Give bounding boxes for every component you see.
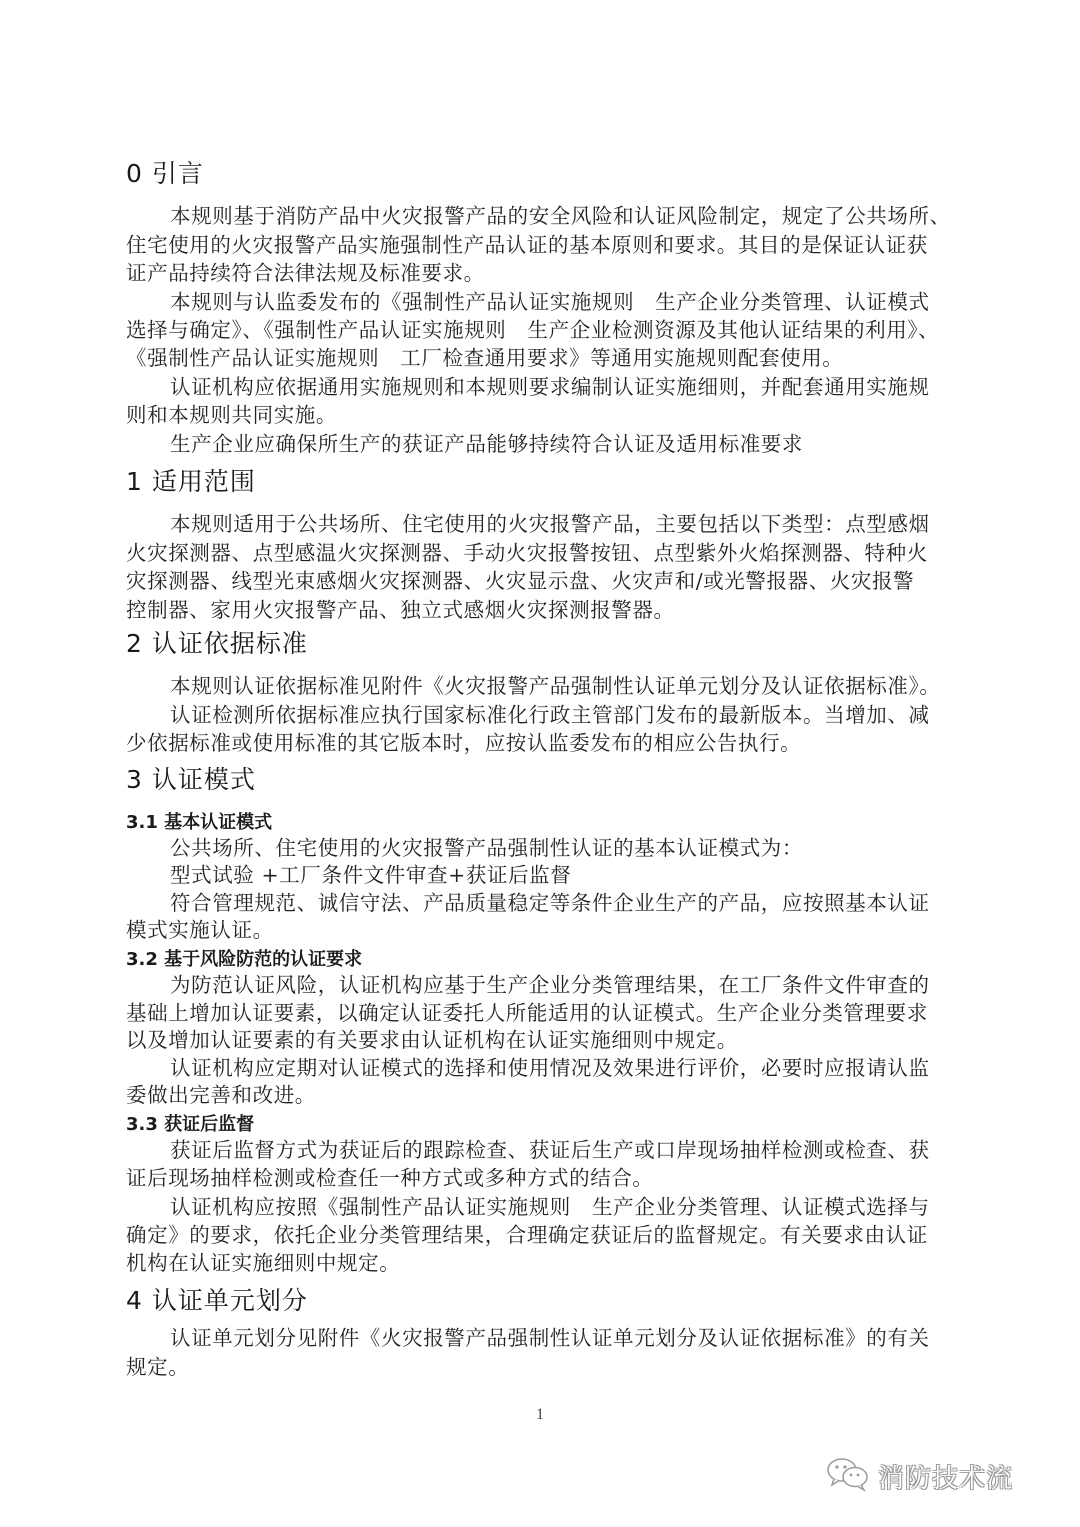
section-heading-4: 4 认证单元划分 (126, 1281, 308, 1317)
paragraph-line: 《强制性产品认证实施规则 工厂检查通用要求》等通用实施规则配套使用。 (126, 344, 843, 372)
paragraph-line: 为防范认证风险，认证机构应基于生产企业分类管理结果，在工厂条件文件审查的 (170, 971, 930, 999)
section-heading-3: 3 认证模式 (126, 760, 256, 796)
paragraph-line: 以及增加认证要素的有关要求由认证机构在认证实施细则中规定。 (126, 1026, 738, 1054)
section-heading-1: 1 适用范围 (126, 462, 256, 498)
paragraph-line: 认证机构应定期对认证模式的选择和使用情况及效果进行评价，必要时应报请认监 (170, 1054, 930, 1082)
section-heading-2: 2 认证依据标准 (126, 624, 308, 660)
paragraph-line: 本规则适用于公共场所、住宅使用的火灾报警产品，主要包括以下类型：点型感烟 (170, 510, 930, 538)
paragraph-line: 本规则与认监委发布的《强制性产品认证实施规则 生产企业分类管理、认证模式 (170, 288, 930, 316)
paragraph-line: 确定》的要求，依托企业分类管理结果，合理确定获证后的监督规定。有关要求由认证 (126, 1221, 928, 1249)
paragraph-line: 证后现场抽样检测或检查任一种方式或多种方式的结合。 (126, 1164, 654, 1192)
page-number: 1 (536, 1406, 544, 1424)
paragraph-line: 控制器、家用火灾报警产品、独立式感烟火灾探测报警器。 (126, 596, 675, 624)
paragraph-line: 规定。 (126, 1353, 189, 1381)
paragraph-line: 获证后监督方式为获证后的跟踪检查、获证后生产或口岸现场抽样检测或检查、获 (170, 1136, 930, 1164)
paragraph-line: 火灾探测器、点型感温火灾探测器、手动火灾报警按钮、点型紫外火焰探测器、特种火 (126, 539, 928, 567)
subsection-heading-3-3: 3.3 获证后监督 (126, 1110, 254, 1136)
paragraph-line: 认证检测所依据标准应执行国家标准化行政主管部门发布的最新版本。当增加、减 (170, 701, 930, 729)
paragraph-line: 住宅使用的火灾报警产品实施强制性产品认证的基本原则和要求。其目的是保证认证获 (126, 231, 928, 259)
paragraph-line: 认证机构应依据通用实施规则和本规则要求编制认证实施细则，并配套通用实施规 (170, 373, 930, 401)
paragraph-line: 基础上增加认证要素，以确定认证委托人所能适用的认证模式。生产企业分类管理要求 (126, 999, 928, 1027)
paragraph-line: 认证单元划分见附件《火灾报警产品强制性认证单元划分及认证依据标准》的有关 (170, 1324, 930, 1352)
section-heading-0: 0 引言 (126, 154, 204, 190)
paragraph-line: 机构在认证实施细则中规定。 (126, 1249, 400, 1277)
paragraph-line: 公共场所、住宅使用的火灾报警产品强制性认证的基本认证模式为： (170, 834, 803, 862)
paragraph-line: 认证机构应按照《强制性产品认证实施规则 生产企业分类管理、认证模式选择与 (170, 1193, 930, 1221)
wechat-icon (826, 1456, 870, 1496)
subsection-heading-3-1: 3.1 基本认证模式 (126, 808, 272, 834)
paragraph-line: 证产品持续符合法律法规及标准要求。 (126, 259, 485, 287)
paragraph-line: 生产企业应确保所生产的获证产品能够持续符合认证及适用标准要求 (170, 430, 803, 458)
paragraph-line: 本规则认证依据标准见附件《火灾报警产品强制性认证单元划分及认证依据标准》。 (170, 672, 940, 700)
paragraph-line: 则和本规则共同实施。 (126, 401, 337, 429)
paragraph-line: 选择与确定》、《强制性产品认证实施规则 生产企业检测资源及其他认证结果的利用》、 (126, 316, 939, 344)
paragraph-line: 模式实施认证。 (126, 916, 274, 944)
subsection-heading-3-2: 3.2 基于风险防范的认证要求 (126, 945, 362, 971)
paragraph-line: 委做出完善和改进。 (126, 1081, 316, 1109)
watermark-text: 消防技术流 (878, 1458, 1013, 1495)
paragraph-line: 符合管理规范、诚信守法、产品质量稳定等条件企业生产的产品，应按照基本认证 (170, 889, 930, 917)
paragraph-line: 本规则基于消防产品中火灾报警产品的安全风险和认证风险制定，规定了公共场所、 (170, 202, 951, 230)
paragraph-line: 灾探测器、线型光束感烟火灾探测器、火灾显示盘、火灾声和/或光警报器、火灾报警 (126, 567, 914, 595)
paragraph-line: 少依据标准或使用标准的其它版本时，应按认监委发布的相应公告执行。 (126, 729, 801, 757)
watermark: 消防技术流 (826, 1456, 1013, 1496)
paragraph-line: 型式试验 +工厂条件文件审查+获证后监督 (170, 861, 571, 889)
